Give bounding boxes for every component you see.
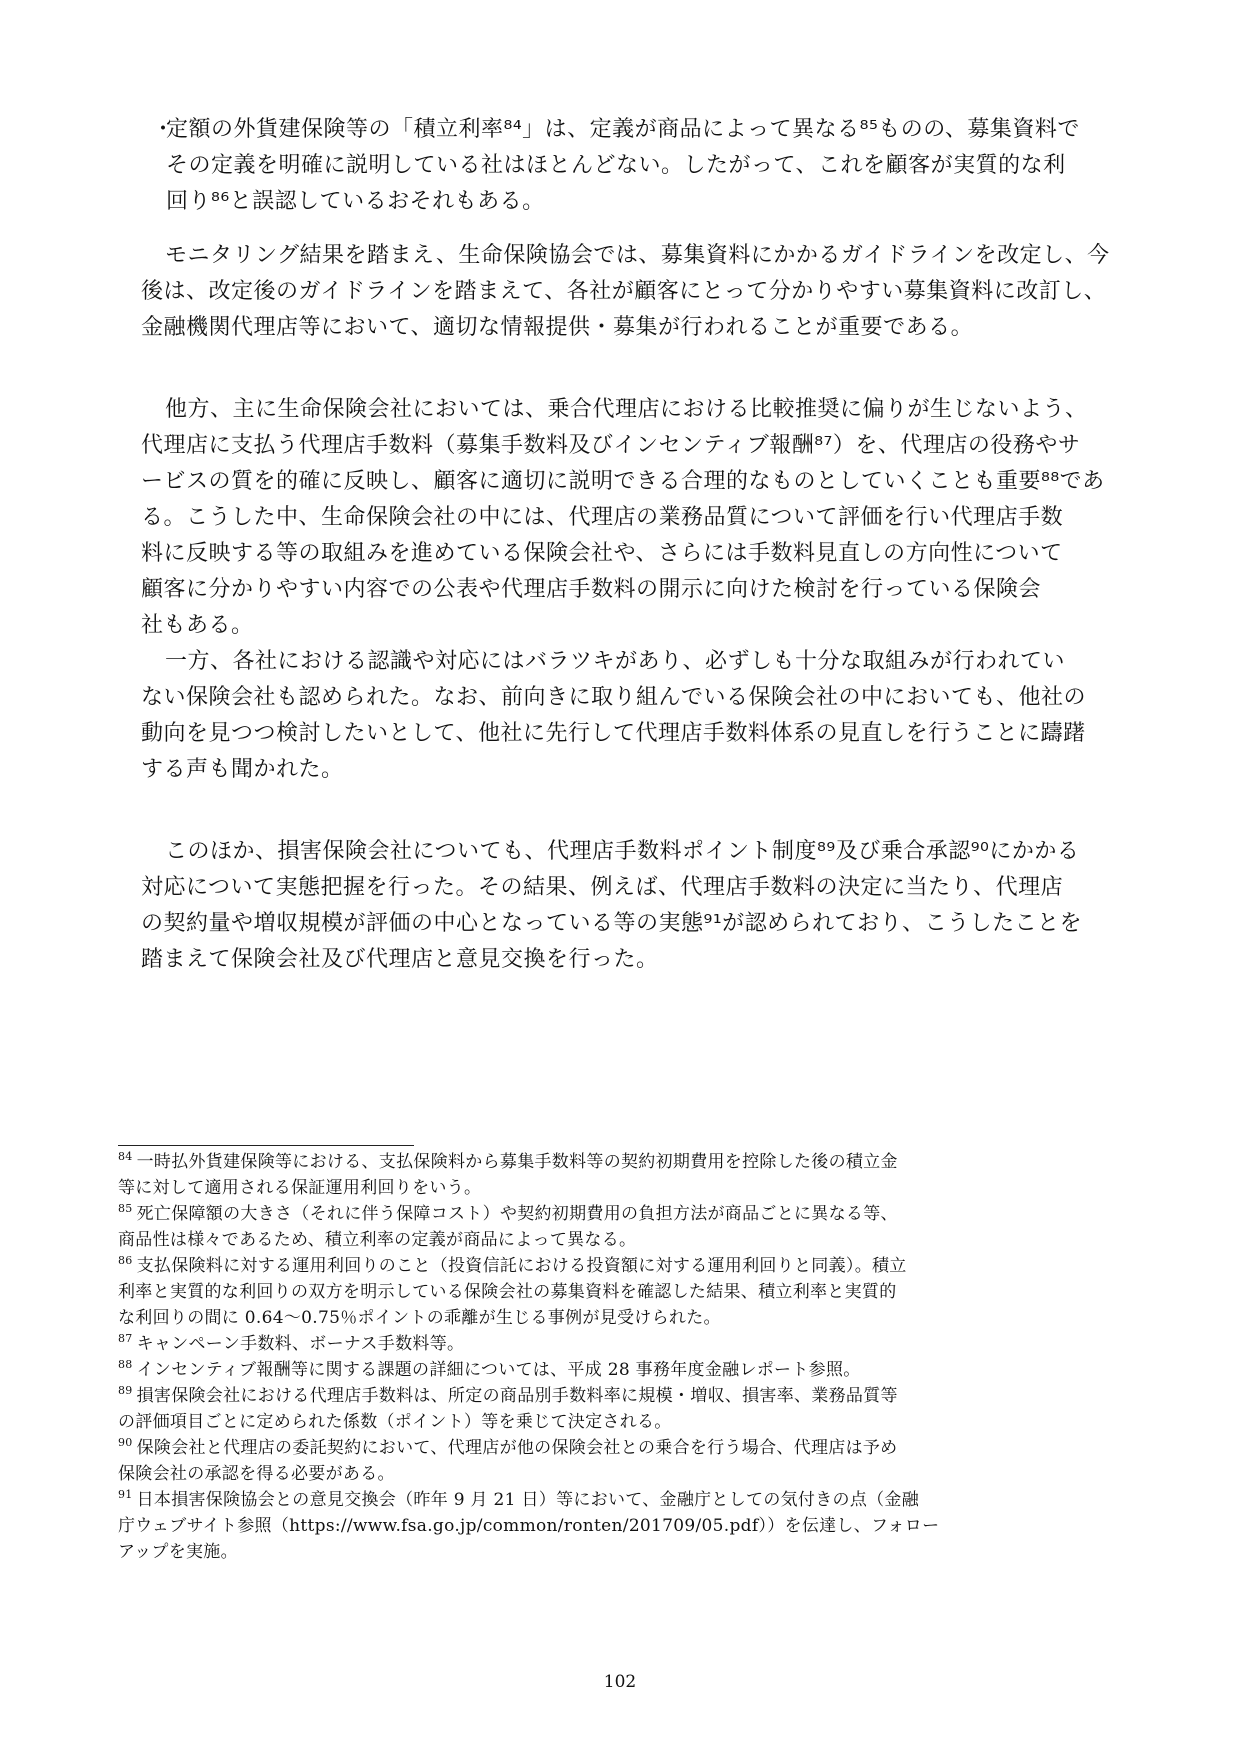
footnote-line: の評価項目ごとに定められた係数（ポイント）等を乗じて決定される。 [118, 1409, 672, 1435]
paragraph-line: モニタリング結果を踏まえ、生命保険協会では、募集資料にかかるガイドラインを改定し… [165, 238, 1110, 274]
bullet-line: 回り⁸⁶と誤認しているおそれもある。 [166, 184, 545, 220]
footnote-84: 84一時払外貨建保険等における、支払保険料から募集手数料等の契約初期費用を控除し… [118, 1149, 898, 1175]
footnote-text: 一時払外貨建保険等における、支払保険料から募集手数料等の契約初期費用を控除した後… [137, 1152, 898, 1172]
footnote-text: 死亡保障額の大きさ（それに伴う保障コスト）や契約初期費用の負担方法が商品ごとに異… [137, 1204, 898, 1224]
footnote-number: 89 [118, 1384, 133, 1397]
footnote-line: 庁ウェブサイト参照（https://www.fsa.go.jp/common/r… [118, 1513, 939, 1539]
footnote-text: キャンペーン手数料、ボーナス手数料等。 [137, 1334, 465, 1354]
paragraph-line: ない保険会社も認められた。なお、前向きに取り組んでいる保険会社の中においても、他… [141, 680, 1086, 716]
footnote-number: 87 [118, 1332, 133, 1345]
paragraph-line: このほか、損害保険会社についても、代理店手数料ポイント制度⁸⁹及び乗合承認⁹⁰に… [165, 834, 1079, 870]
footnote-line: な利回りの間に 0.64～0.75％ポイントの乖離が生じる事例が見受けられた。 [118, 1305, 721, 1331]
footnote-text: 保険会社と代理店の委託契約において、代理店が他の保険会社との乗合を行う場合、代理… [137, 1438, 898, 1458]
footnote-91: 91日本損害保険協会との意見交換会（昨年 9 月 21 日）等において、金融庁と… [118, 1487, 919, 1513]
paragraph-line: する声も聞かれた。 [141, 752, 344, 788]
footnote-88: 88インセンティブ報酬等に関する課題の詳細については、平成 28 事務年度金融レ… [118, 1357, 861, 1383]
footnote-number: 84 [118, 1150, 133, 1163]
paragraph-line: 金融機関代理店等において、適切な情報提供・募集が行われることが重要である。 [141, 310, 973, 346]
footnote-line: アップを実施。 [118, 1539, 238, 1565]
footnote-86: 86支払保険料に対する運用利回りのこと（投資信託における投資額に対する運用利回り… [118, 1253, 907, 1279]
paragraph-line: 料に反映する等の取組みを進めている保険会社や、さらには手数料見直しの方向性につい… [141, 536, 1063, 572]
bullet-line: その定義を明確に説明している社はほとんどない。したがって、これを顧客が実質的な利 [166, 148, 1066, 184]
footnote-text: 日本損害保険協会との意見交換会（昨年 9 月 21 日）等において、金融庁として… [137, 1490, 919, 1510]
paragraph-line: 社もある。 [141, 608, 254, 644]
paragraph-line: 代理店に支払う代理店手数料（募集手数料及びインセンティブ報酬⁸⁷）を、代理店の役… [141, 428, 1080, 464]
document-page: ・ 定額の外貨建保険等の「積立利率⁸⁴」は、定義が商品によって異なる⁸⁵ものの、… [0, 0, 1240, 1755]
footnote-87: 87キャンペーン手数料、ボーナス手数料等。 [118, 1331, 464, 1357]
paragraph-line: 後は、改定後のガイドラインを踏まえて、各社が顧客にとって分かりやすい募集資料に改… [141, 274, 1106, 310]
footnote-text: 損害保険会社における代理店手数料は、所定の商品別手数料率に規模・増収、損害率、業… [137, 1386, 898, 1406]
footnote-85: 85死亡保障額の大きさ（それに伴う保障コスト）や契約初期費用の負担方法が商品ごと… [118, 1201, 898, 1227]
footnote-separator [118, 1145, 414, 1146]
page-number: 102 [0, 1672, 1240, 1692]
paragraph-line: 踏まえて保険会社及び代理店と意見交換を行った。 [141, 942, 659, 978]
footnote-number: 88 [118, 1358, 133, 1371]
paragraph-line: 一方、各社における認識や対応にはバラツキがあり、必ずしも十分な取組みが行われてい [165, 644, 1065, 680]
footnote-number: 86 [118, 1254, 133, 1267]
paragraph-line: 顧客に分かりやすい内容での公表や代理店手数料の開示に向けた検討を行っている保険会 [141, 572, 1041, 608]
footnote-number: 90 [118, 1436, 133, 1449]
paragraph-line: 対応について実態把握を行った。その結果、例えば、代理店手数料の決定に当たり、代理… [141, 870, 1063, 906]
footnote-text: インセンティブ報酬等に関する課題の詳細については、平成 28 事務年度金融レポー… [137, 1360, 861, 1380]
paragraph-line: 動向を見つつ検討したいとして、他社に先行して代理店手数料体系の見直しを行うことに… [141, 716, 1086, 752]
footnote-line: 等に対して適用される保証運用利回りをいう。 [118, 1175, 481, 1201]
paragraph-line: る。こうした中、生命保険会社の中には、代理店の業務品質について評価を行い代理店手… [141, 500, 1063, 536]
footnote-number: 85 [118, 1202, 133, 1215]
paragraph-line: ービスの質を的確に反映し、顧客に適切に説明できる合理的なものとしていくことも重要… [141, 464, 1105, 500]
paragraph-line: の契約量や増収規模が評価の中心となっている等の実態⁹¹が認められており、こうした… [141, 906, 1082, 942]
footnote-90: 90保険会社と代理店の委託契約において、代理店が他の保険会社との乗合を行う場合、… [118, 1435, 897, 1461]
footnote-text: 支払保険料に対する運用利回りのこと（投資信託における投資額に対する運用利回りと同… [137, 1256, 907, 1276]
footnote-number: 91 [118, 1488, 133, 1501]
bullet-line: 定額の外貨建保険等の「積立利率⁸⁴」は、定義が商品によって異なる⁸⁵ものの、募集… [166, 112, 1080, 148]
footnote-line: 商品性は様々であるため、積立利率の定義が商品によって異なる。 [118, 1227, 636, 1253]
footnote-89: 89損害保険会社における代理店手数料は、所定の商品別手数料率に規模・増収、損害率… [118, 1383, 898, 1409]
footnote-line: 保険会社の承認を得る必要がある。 [118, 1461, 395, 1487]
footnote-line: 利率と実質的な利回りの双方を明示している保険会社の募集資料を確認した結果、積立利… [118, 1279, 897, 1305]
paragraph-line: 他方、主に生命保険会社においては、乗合代理店における比較推奨に偏りが生じないよう… [165, 392, 1088, 428]
